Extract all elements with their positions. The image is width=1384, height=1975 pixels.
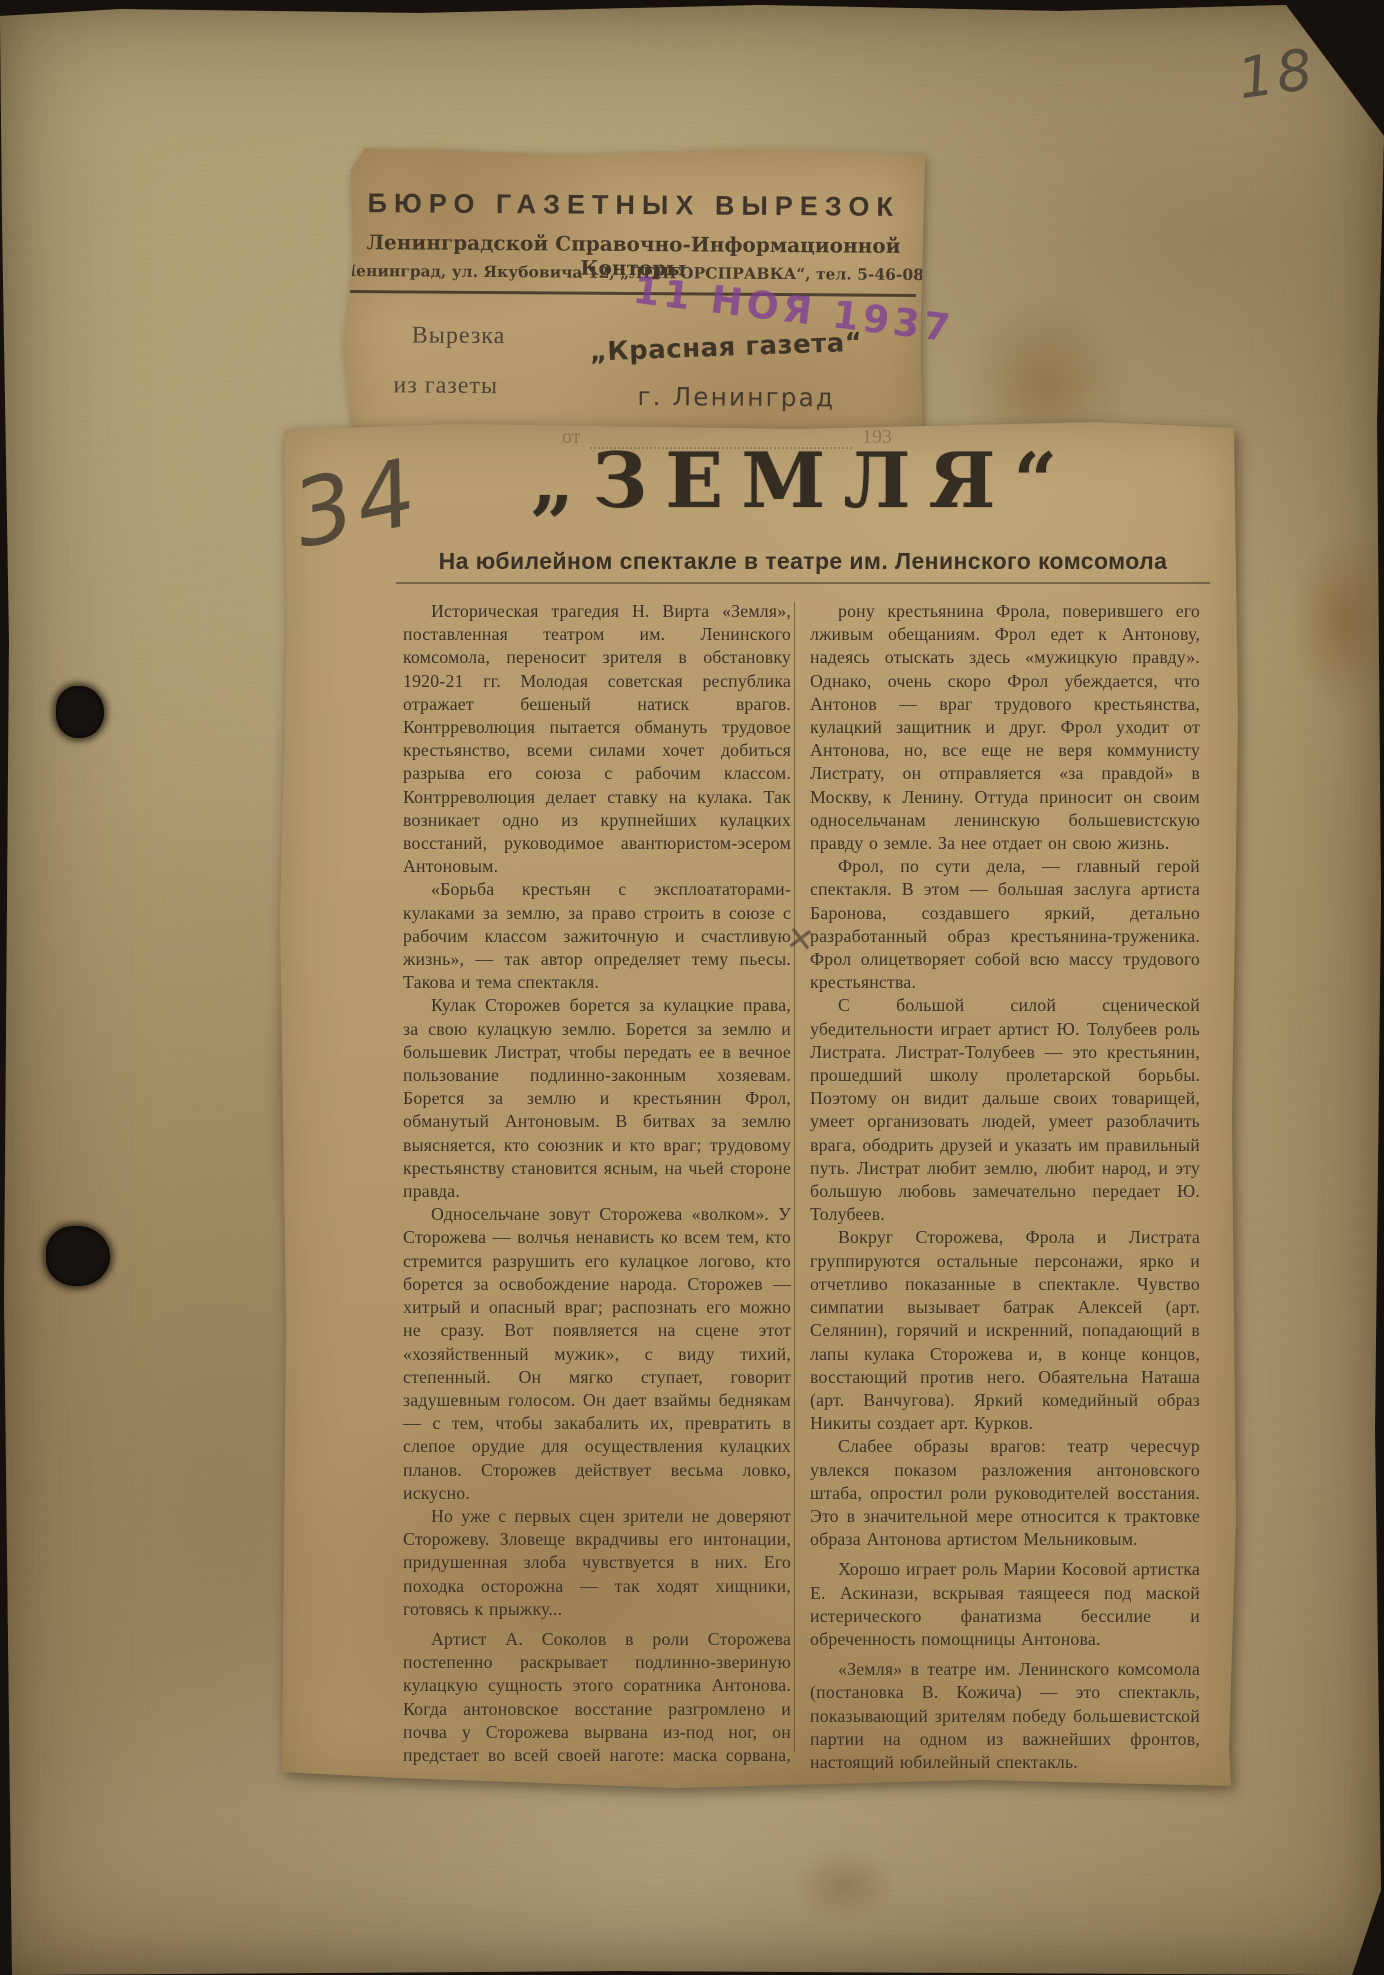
article-paragraph: Но уже с первых сцен зрители не доверяют… [403, 1505, 791, 1621]
bureau-title: БЮРО ГАЗЕТНЫХ ВЫРЕЗОК [343, 188, 925, 223]
article-paragraph: Кулак Сторожев борется за кулацкие права… [403, 994, 791, 1203]
punch-hole [56, 686, 104, 738]
stain [1290, 530, 1384, 710]
article-paragraph: «Земля» в театре им. Ленинского комсомол… [810, 1658, 1200, 1770]
article-paragraph: Односельчане зовут Сторожева «волком». У… [403, 1203, 791, 1505]
punch-hole [46, 1226, 110, 1286]
clipping-label-from: из газеты [393, 372, 498, 400]
newspaper-clipping: от 193 34 „ЗЕМЛЯ“ На юбилейном спектакле… [278, 420, 1238, 1792]
album-sheet: 18 БЮРО ГАЗЕТНЫХ ВЫРЕЗОК Ленинградской С… [0, 0, 1384, 1975]
article-column-1: Историческая трагедия Н. Вирта «Земля», … [403, 600, 791, 1770]
article-paragraph: Вокруг Сторожева, Фрола и Листрата групп… [810, 1226, 1200, 1435]
article-subtitle: На юбилейном спектакле в театре им. Лени… [396, 548, 1210, 584]
article-paragraph: Фрол, по сути дела, — главный герой спек… [810, 855, 1200, 994]
pencil-x-mark: ✕ [783, 918, 817, 962]
handwritten-sheet-number: 18 [1234, 37, 1320, 112]
newspaper-city: г. Ленинград [637, 382, 835, 412]
article-title: „ЗЕМЛЯ“ [403, 436, 1203, 525]
article-paragraph: С большой силой сценической убедительнос… [810, 994, 1200, 1226]
clipping-paper: от 193 34 „ЗЕМЛЯ“ На юбилейном спектакле… [278, 420, 1238, 1792]
article-paragraph: Артист А. Соколов в роли Сторожева посте… [403, 1628, 791, 1770]
column-divider [794, 602, 795, 1752]
scanned-archive-page: 18 БЮРО ГАЗЕТНЫХ ВЫРЕЗОК Ленинградской С… [0, 0, 1384, 1975]
article-paragraph: рону крестьянина Фрола, поверившего его … [810, 600, 1200, 855]
clipping-label: Вырезка [412, 322, 506, 350]
article-paragraph: Хорошо играет роль Марии Косовой артистк… [810, 1558, 1200, 1651]
article-paragraph: Слабее образы врагов: театр чересчур увл… [810, 1435, 1200, 1551]
bureau-address: Ленинград, ул. Якубовича 12, „ЛЕНГОРСПРА… [342, 261, 924, 284]
article-body: Историческая трагедия Н. Вирта «Земля», … [278, 600, 1238, 1770]
article-paragraph: «Борьба крестьян с эксплоататорами-кулак… [403, 878, 791, 994]
article-paragraph: Историческая трагедия Н. Вирта «Земля», … [403, 600, 791, 878]
article-column-2: рону крестьянина Фрола, поверившего его … [810, 600, 1200, 1770]
stain [770, 1830, 920, 1940]
